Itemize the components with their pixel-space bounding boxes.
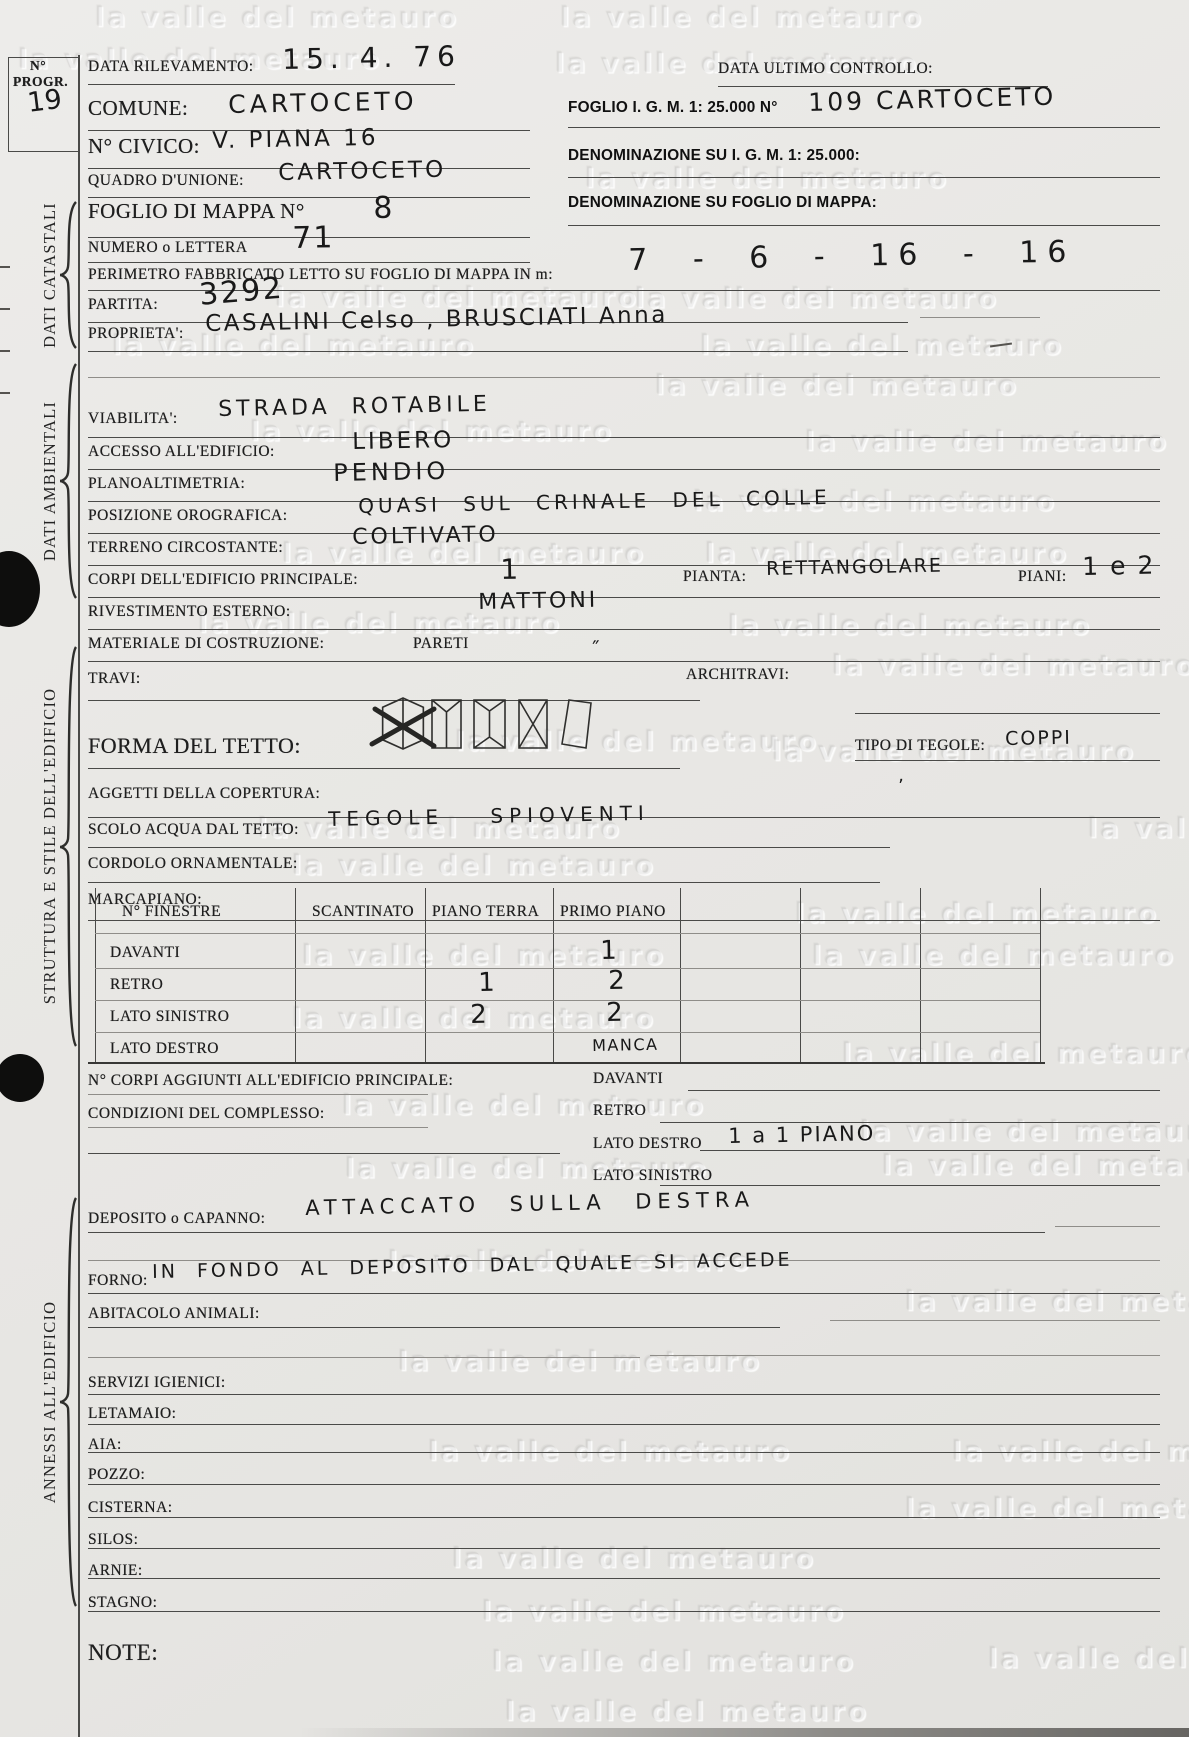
form-line [88,437,1160,438]
form-line [855,713,1160,714]
field-label-numero-lettera: NUMERO o LETTERA [88,239,248,257]
form-line [88,84,455,85]
field-label-corpi-aggiunti: N° CORPI AGGIUNTI ALL'EDIFICIO PRINCIPAL… [88,1072,453,1090]
field-label-agg-davanti: DAVANTI [593,1070,663,1088]
field-label-silos: SILOS: [88,1531,138,1549]
progr-value: 19 [26,86,63,117]
form-line [88,1424,1160,1425]
table-value-destro-primo: MANCA [592,1037,659,1054]
sidebar-section-annessi: ANNESSI ALL'EDIFICIO [40,1301,60,1504]
field-label-civico: N° CIVICO: [88,134,200,159]
field-value-terreno: COLTIVATO [352,524,499,549]
form-line [688,1090,1160,1091]
field-label-servizi: SERVIZI IGIENICI: [88,1374,226,1392]
sidebar-section-struttura-stile: STRUTTURA E STILE DELL'EDIFICIO [40,688,60,1005]
watermark-text: la valle del metauro [842,1038,1189,1069]
form-line [88,768,680,769]
field-value-accesso: LIBERO [352,429,454,454]
watermark-text: la valle del metauro [795,898,1159,929]
progr-box-border [8,57,9,152]
roof-selection-x-mark [368,698,440,756]
watermark-text: la valle del metauro [560,2,924,33]
form-line [88,1153,560,1154]
watermark-text: la valle del metauro [805,426,1169,457]
field-label-forma-tetto: FORMA DEL TETTO: [88,733,301,759]
form-line [88,1394,1160,1395]
field-value-deposito: ATTACCATO SULLA DESTRA [305,1189,755,1219]
watermark-text: la valle del metauro [455,726,819,757]
handwritten-dash [990,342,1012,347]
table-row-line [95,968,1040,969]
field-label-note: NOTE: [88,1640,158,1666]
table-header-piano-terra: PIANO TERRA [432,903,539,921]
field-sublabel-pareti: PARETI [413,635,469,653]
field-label-agg-lato-sinistro: LATO SINISTRO [593,1167,712,1185]
field-label-pianta: PIANTA: [683,568,746,586]
field-label-denominazione-mappa: DENOMINAZIONE SU FOGLIO DI MAPPA: [568,194,877,212]
watermark-text: la valle del metauro [832,650,1189,681]
field-label-scolo-acqua: SCOLO ACQUA DAL TETTO: [88,821,299,839]
field-label-foglio-mappa: FOGLIO DI MAPPA N° [88,199,305,224]
watermark-text: la valle del metauro [505,1696,869,1727]
table-row-label-lato-sinistro: LATO SINISTRO [110,1008,229,1026]
table-grid-line [295,888,296,1062]
table-row-line [95,933,1040,934]
table-header-finestre: N° FINESTRE [122,903,221,921]
field-label-aggetti: AGGETTI DELLA COPERTURA: [88,785,320,803]
table-grid-line [920,888,921,1062]
form-line [650,1355,1160,1356]
progr-box-border [8,151,78,152]
field-value-proprieta: CASALINI Celso , BRUSCIATI Anna [205,304,668,336]
form-line [88,882,880,883]
field-label-planoaltimetria: PLANOALTIMETRIA: [88,475,245,493]
table-grid-line [553,888,554,1062]
form-line [88,1548,1160,1549]
watermark-text: la valle del metauro [492,1646,856,1677]
field-label-proprieta: PROPRIETA': [88,325,184,343]
table-value-sinistro-terra: 2 [470,1002,487,1028]
field-value-rivestimento: MATTONI [478,590,598,614]
table-grid-line [680,888,681,1062]
field-value-viabilita: STRADA ROTABILE [218,394,491,421]
pavilion-roof-icon [517,697,549,751]
field-label-travi: TRAVI: [88,670,141,688]
form-line [88,661,1160,662]
form-line [88,1578,1160,1579]
form-line [88,197,530,198]
field-value-foglio-igm: 109 CARTOCETO [808,84,1057,115]
scan-edge-mark [0,308,10,310]
form-line [855,760,1160,761]
form-line [88,1127,428,1128]
table-grid-line [1040,888,1041,1062]
field-value-scolo-acqua: TEGOLE SPIOVENTI [328,803,650,829]
form-line [88,1357,640,1358]
field-value-comune: CARTOCETO [228,88,418,117]
form-line [88,1232,1045,1233]
field-label-comune: COMUNE: [88,96,188,121]
field-value-corpi-principale: 1 [500,556,518,584]
field-value-forno: IN FONDO AL DEPOSITO DAL QUALE SI ACCEDE [152,1251,793,1282]
field-value-tipo-tegole: COPPI [1005,729,1072,749]
watermark-text: la valle del metauro [905,1493,1189,1524]
table-value-retro-terra: 1 [478,970,495,996]
field-label-perimetro: PERIMETRO FABBRICATO LETTO SU FOGLIO DI … [88,266,553,284]
field-label-deposito: DEPOSITO o CAPANNO: [88,1210,265,1228]
field-label-agg-lato-destro: LATO DESTRO [593,1135,702,1153]
scan-edge-mark [0,392,10,394]
double-hip-roof-icon [472,697,507,751]
scan-edge-shadow [300,1728,1189,1737]
watermark-text: la valle del metauro [655,370,1019,401]
watermark-text: la valle del metauro [860,1116,1189,1147]
form-line [88,1452,1160,1453]
punch-hole [0,551,40,627]
cadastral-survey-form: la valle del metaurola valle del metauro… [0,0,1189,1737]
field-label-architravi: ARCHITRAVI: [686,666,789,684]
watermark-text: la valle del metauro [988,1643,1189,1674]
field-value-piani: 1 e 2 [1082,553,1156,579]
field-label-quadro-unione: QUADRO D'UNIONE: [88,172,244,190]
sidebar-section-dati-ambientali: DATI AMBIENTALI [40,401,60,561]
table-grid-line [95,888,96,1062]
progr-label: N° [30,58,46,74]
field-label-stagno: STAGNO: [88,1594,157,1612]
field-value-planoaltimetria: PENDIO [333,459,449,485]
table-row-label-retro: RETRO [110,976,163,994]
table-row-label-davanti: DAVANTI [110,944,180,962]
field-label-abitacolo: ABITACOLO ANIMALI: [88,1305,260,1323]
field-label-materiale: MATERIALE DI COSTRUZIONE: [88,635,324,653]
scan-edge-mark [0,266,10,268]
table-header-scantinato: SCANTINATO [312,903,414,921]
watermark-text: la valle del metauro [882,1150,1189,1181]
form-line [88,1517,1160,1518]
field-label-cisterna: CISTERNA: [88,1499,173,1517]
watermark-text: la valle del metauro [728,610,1092,641]
form-line [88,1484,1160,1485]
form-line [88,1293,1160,1294]
form-line [88,469,1160,470]
field-value-partita: 3292 [198,274,285,311]
section-brace [58,1196,78,1608]
table-grid-line [425,888,426,1062]
form-line [660,1185,1160,1186]
sidebar-section-dati-catastali: DATI CATASTALI [40,202,60,348]
shed-roof-icon [560,697,593,751]
field-value-perimetro: 7 - 6 - 16 - 16 [628,237,1076,276]
form-line [88,351,908,352]
table-row-label-lato-destro: LATO DESTRO [110,1040,219,1058]
table-header-primo-piano: PRIMO PIANO [560,903,666,921]
watermark-text: la valle del metauro [700,330,1064,361]
table-bottom-border [88,1062,1045,1064]
field-value-quadro-unione: CARTOCETO [278,159,446,185]
handwritten-tick: ’ [898,778,904,796]
form-line [88,1327,780,1328]
field-value-civico: V. PIANA 16 [212,127,379,153]
field-label-viabilita: VIABILITA': [88,410,178,428]
form-line [568,177,1160,178]
watermark-text: la valle del metauro [585,163,949,194]
field-value-pianta: RETTANGOLARE [766,557,943,579]
form-line [568,225,1160,226]
scan-edge-mark [0,350,10,352]
watermark-text: la valle del metauro [812,940,1176,971]
form-line [88,1094,428,1095]
sidebar-divider [78,55,80,1737]
table-value-sinistro-primo: 2 [606,1000,623,1026]
section-brace [58,362,78,600]
field-label-tipo-tegole: TIPO DI TEGOLE: [855,737,985,755]
table-grid-line [800,888,801,1062]
form-line [88,1611,1160,1612]
form-line [88,629,1160,630]
field-value-foglio-mappa: 8 [373,194,393,224]
field-label-corpi-principale: CORPI DELL'EDIFICIO PRINCIPALE: [88,571,358,589]
field-label-posizione-orografica: POSIZIONE OROGRAFICA: [88,507,288,525]
table-value-retro-primo: 2 [608,968,625,994]
form-line [568,127,1160,128]
field-label-foglio-igm: FOGLIO I. G. M. 1: 25.000 N° [568,99,778,117]
field-label-forno: FORNO: [88,1272,148,1290]
table-row-line [95,1000,1040,1001]
table-value-davanti-primo: 1 [600,938,617,964]
field-label-piani: PIANI: [1018,568,1067,586]
field-value-agg-lato-destro: 1 a 1 PIANO [728,1123,875,1147]
form-line [88,262,530,263]
field-label-letamaio: LETAMAIO: [88,1405,177,1423]
field-label-rivestimento: RIVESTIMENTO ESTERNO: [88,603,291,621]
field-label-data-rilevamento: DATA RILEVAMENTO: [88,58,254,76]
field-label-agg-retro: RETRO [593,1102,646,1120]
watermark-text: la valle del metauro [398,1346,762,1377]
form-line [660,1122,1160,1123]
form-line [830,1320,1160,1321]
field-value-data-rilevamento: 15. 4. 76 [282,43,461,74]
form-line [88,565,1160,566]
field-label-denominazione-igm: DENOMINAZIONE SU I. G. M. 1: 25.000: [568,147,860,165]
form-line [88,597,1160,598]
form-line [920,317,1040,318]
watermark-text: la valle del metauro [635,283,999,314]
field-label-terreno: TERRENO CIRCOSTANTE: [88,539,283,557]
watermark-text: la valle del metauro [95,2,459,33]
punch-hole [0,1054,44,1102]
field-label-data-ultimo-controllo: DATA ULTIMO CONTROLLO: [718,60,933,78]
section-brace [58,645,78,1048]
watermark-text: la valle del metauro [292,850,656,881]
form-line [700,1150,1160,1151]
field-value-posizione-orografica: QUASI SUL CRINALE DEL COLLE [358,487,831,516]
field-value-numero-lettera: 71 [292,223,335,254]
watermark-text: la valle del metauro [905,1286,1189,1317]
table-row-line [95,1032,1040,1033]
field-label-cordolo: CORDOLO ORNAMENTALE: [88,855,298,873]
field-label-partita: PARTITA: [88,296,158,314]
form-line [88,847,890,848]
field-label-accesso: ACCESSO ALL'EDIFICIO: [88,443,275,461]
field-label-condizioni: CONDIZIONI DEL COMPLESSO: [88,1105,325,1123]
section-brace [58,200,78,350]
form-line [88,533,1160,534]
section-divider [88,377,1160,378]
field-label-pozzo: POZZO: [88,1466,145,1484]
field-value-pareti-ditto: ″ [592,638,600,658]
form-line [1055,1226,1160,1227]
